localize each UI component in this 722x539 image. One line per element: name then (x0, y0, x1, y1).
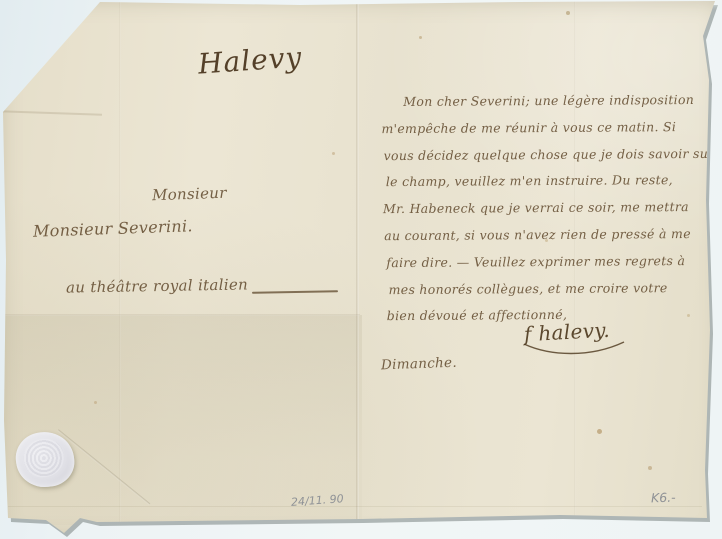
body-line: faire dire. — Veuillez exprimer mes regr… (386, 248, 712, 277)
body-line: mes honorés collègues, et me croire votr… (388, 274, 712, 303)
address-line-monsieur: Monsieur (152, 184, 227, 205)
dateline: Dimanche. (381, 355, 457, 374)
foxing-spot (332, 152, 335, 155)
paper-shading (0, 315, 362, 525)
seal-emboss-texture (22, 437, 66, 480)
body-line: Mon cher Severini; une légère indisposit… (403, 87, 711, 116)
foxing-spot (419, 36, 422, 39)
address-line-recipient: Monsieur Severini. (33, 216, 193, 241)
body-line: Mr. Habeneck que je verrai ce soir, me m… (383, 194, 712, 223)
archivist-name-annotation: Halevy (197, 40, 303, 80)
pencil-mark-annotation: K6.- (651, 490, 676, 506)
fold-crease-corner (0, 110, 102, 116)
paraph-flourish (252, 290, 338, 294)
foxing-spot (566, 11, 570, 15)
foxing-spot (597, 429, 602, 434)
body-line: m'empêche de me réunir à vous ce matin. … (381, 114, 711, 143)
letter-scan: Halevy Monsieur Monsieur Severini. au th… (0, 0, 722, 539)
foxing-spot (94, 401, 97, 404)
body-line: le champ, veuillez m'en instruire. Du re… (386, 167, 712, 196)
address-line-theatre: au théâtre royal italien (66, 275, 248, 296)
letter-paper: Halevy Monsieur Monsieur Severini. au th… (0, 0, 722, 539)
letter-body: Mon cher Severini; une légère indisposit… (385, 87, 713, 330)
foxing-spot (648, 466, 652, 470)
body-line: vous décidez quelque chose que je dois s… (384, 140, 712, 169)
signature-flourish (520, 338, 630, 360)
body-line: au courant, si vous n'avez rien de press… (384, 221, 712, 250)
